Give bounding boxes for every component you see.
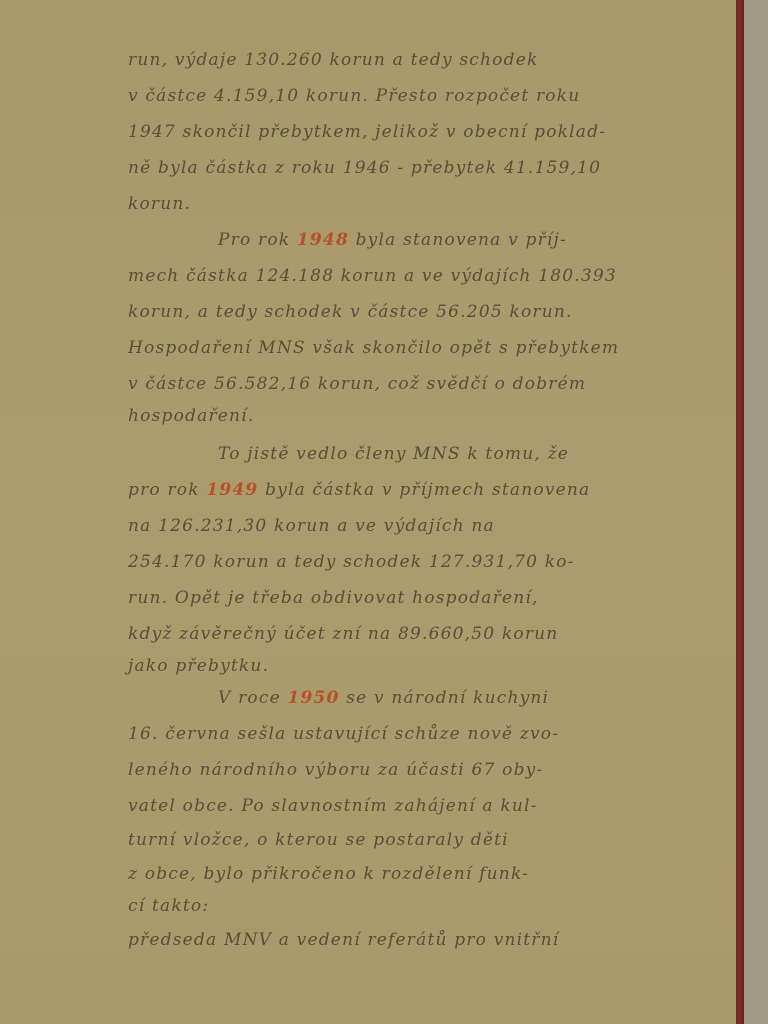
text-fragment: se v národní kuchyni bbox=[340, 688, 550, 708]
text-line: leného národního výboru za účasti 67 oby… bbox=[128, 760, 543, 780]
text-line: v částce 56.582,16 korun, což svědčí o d… bbox=[128, 374, 586, 394]
text-line: vatel obce. Po slavnostním zahájení a ku… bbox=[128, 796, 538, 816]
text-line: z obce, bylo přikročeno k rozdělení funk… bbox=[128, 864, 529, 884]
paragraph-start-1948: Pro rok 1948 byla stanovena v příj- bbox=[218, 230, 567, 250]
text-line: 16. června sešla ustavující schůze nově … bbox=[128, 724, 559, 744]
text-fragment: V roce bbox=[218, 688, 287, 708]
text-line: Hospodaření MNS však skončilo opět s pře… bbox=[128, 338, 619, 358]
text-fragment: pro rok bbox=[128, 480, 206, 500]
text-line: 1947 skončil přebytkem, jelikož v obecní… bbox=[128, 122, 606, 142]
text-line: ně byla částka z roku 1946 - přebytek 41… bbox=[128, 158, 601, 178]
year-highlight: 1948 bbox=[297, 230, 349, 250]
text-line: run, výdaje 130.260 korun a tedy schodek bbox=[128, 50, 538, 70]
text-line: korun. bbox=[128, 194, 191, 214]
text-line: run. Opět je třeba obdivovat hospodaření… bbox=[128, 588, 539, 608]
paragraph-start-1950: V roce 1950 se v národní kuchyni bbox=[218, 688, 549, 708]
text-line: korun, a tedy schodek v částce 56.205 ko… bbox=[128, 302, 573, 322]
text-line: cí takto: bbox=[128, 896, 209, 916]
text-line: předseda MNV a vedení referátů pro vnitř… bbox=[128, 930, 559, 950]
page-edge bbox=[744, 0, 768, 1024]
book-spine-binding bbox=[736, 0, 744, 1024]
paragraph-line-1949: pro rok 1949 byla částka v příjmech stan… bbox=[128, 480, 590, 500]
text-line: To jistě vedlo členy MNS k tomu, že bbox=[218, 444, 569, 464]
text-line: 254.170 korun a tedy schodek 127.931,70 … bbox=[128, 552, 575, 572]
text-line: když závěrečný účet zní na 89.660,50 kor… bbox=[128, 624, 558, 644]
text-line: na 126.231,30 korun a ve výdajích na bbox=[128, 516, 495, 536]
chronicle-page: run, výdaje 130.260 korun a tedy schodek… bbox=[0, 0, 736, 1024]
text-line: v částce 4.159,10 korun. Přesto rozpočet… bbox=[128, 86, 580, 106]
text-line: mech částka 124.188 korun a ve výdajích … bbox=[128, 266, 617, 286]
text-line: hospodaření. bbox=[128, 406, 254, 426]
text-line: turní vložce, o kterou se postaraly děti bbox=[128, 830, 509, 850]
year-highlight: 1950 bbox=[287, 688, 339, 708]
text-fragment: byla částka v příjmech stanovena bbox=[258, 480, 590, 500]
text-line: jako přebytku. bbox=[128, 656, 269, 676]
text-fragment: byla stanovena v příj- bbox=[349, 230, 567, 250]
year-highlight: 1949 bbox=[206, 480, 258, 500]
text-fragment: Pro rok bbox=[218, 230, 297, 250]
